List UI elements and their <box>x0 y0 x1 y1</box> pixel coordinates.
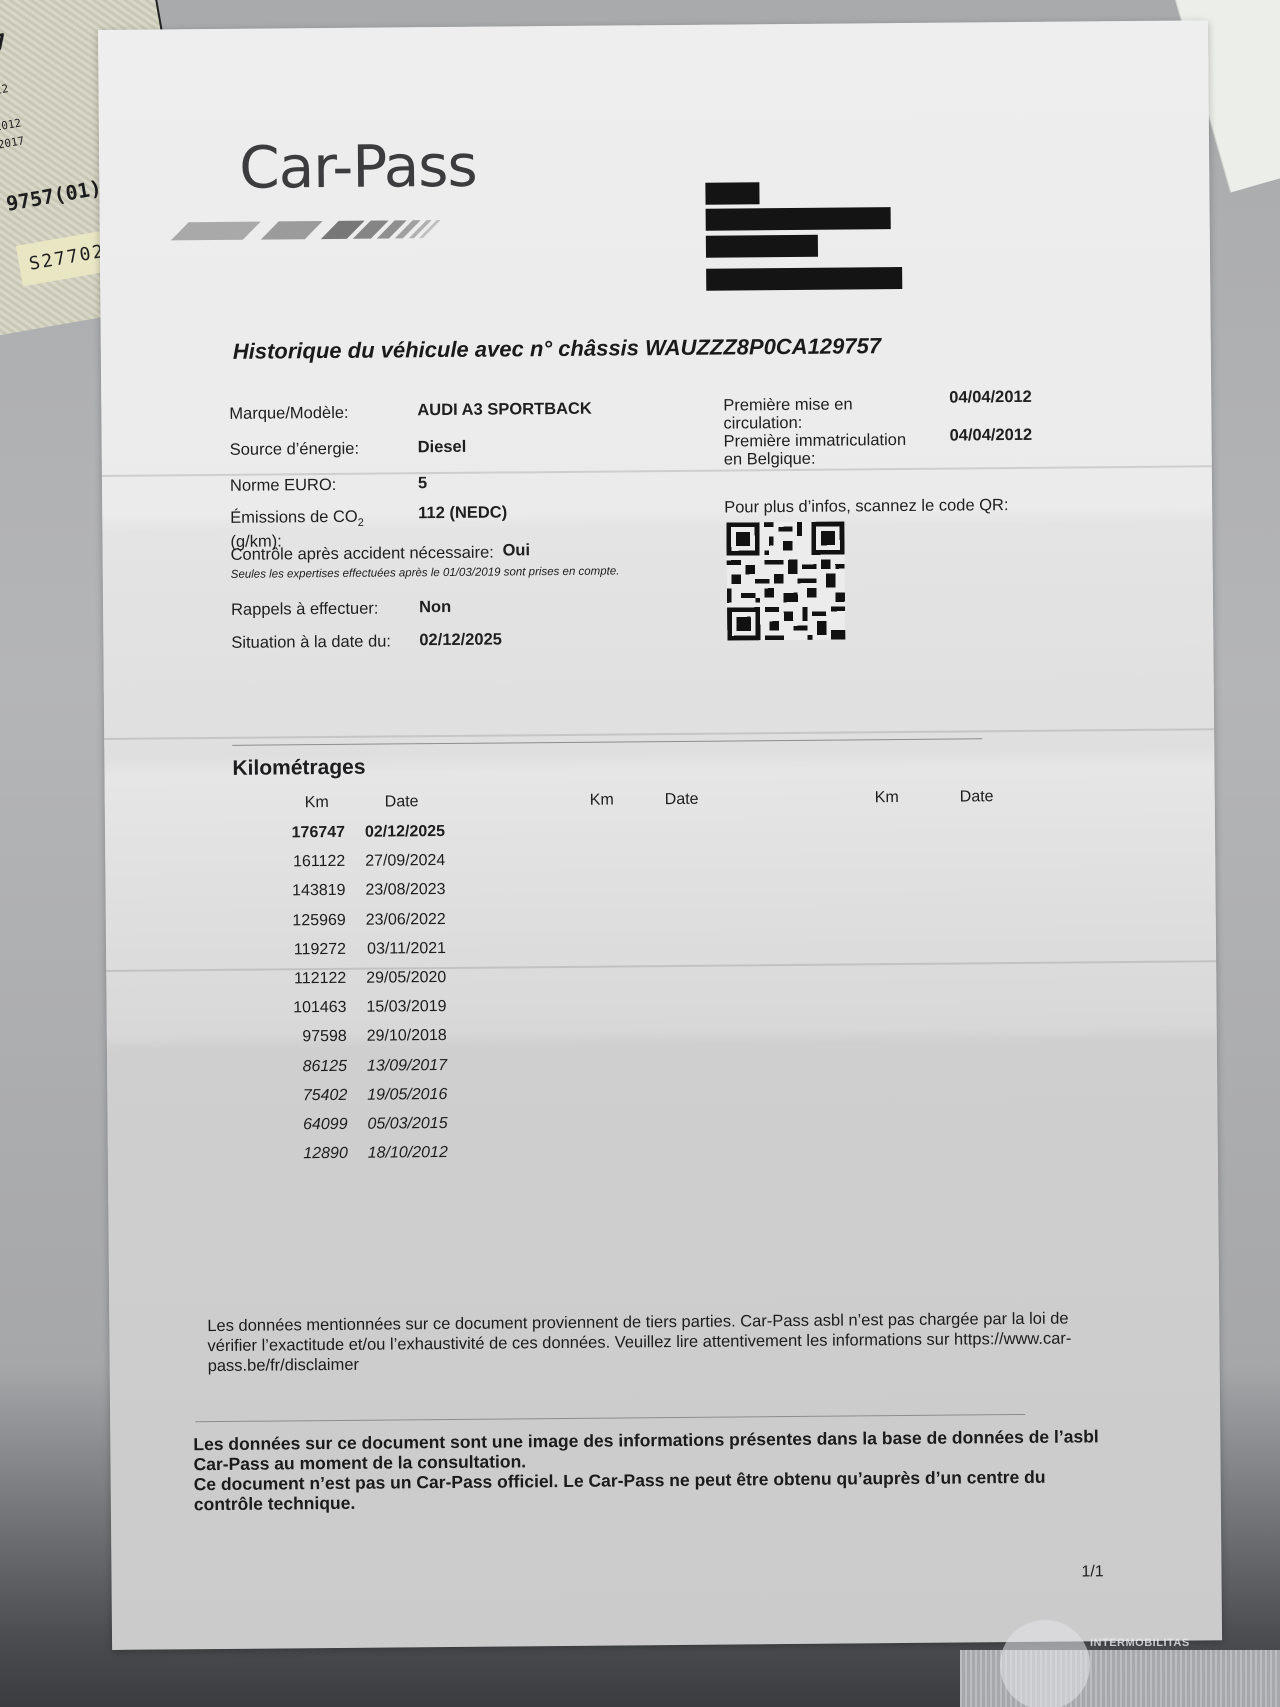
card-small-text: 012 - 2012 2017 <box>0 79 26 155</box>
car-pass-logo: Car-Pass <box>239 132 477 202</box>
mileage-row: 8612513/09/2017 <box>257 1056 447 1087</box>
redacted-address-block <box>706 207 891 231</box>
field-label: Première immatriculationen Belgique: <box>724 431 907 469</box>
column-header-date: Date <box>665 791 699 809</box>
mileage-date: 13/09/2017 <box>347 1056 447 1086</box>
mileage-km: 161122 <box>255 853 345 883</box>
footer-note: Les données sur ce document sont une ima… <box>193 1426 1114 1514</box>
mileage-date: 23/08/2023 <box>345 881 445 911</box>
column-header-km: Km <box>590 792 614 810</box>
watermark-text: INTERMOBILITAS <box>1090 1637 1190 1649</box>
accident-note: Seules les expertises effectuées après l… <box>231 565 620 580</box>
column-header-date: Date <box>385 793 419 811</box>
mileage-date: 18/10/2012 <box>348 1144 448 1174</box>
logo-stripes-icon <box>180 220 480 245</box>
redacted-address-block <box>706 235 818 258</box>
field-label: Rappels à effectuer: <box>231 600 379 619</box>
globe-watermark-icon <box>1000 1620 1090 1707</box>
redacted-address-block <box>705 182 759 204</box>
mileage-row: 7540219/05/2016 <box>257 1086 447 1117</box>
field-value: Non <box>419 598 451 617</box>
mileage-section-title: Kilométrages <box>232 756 365 781</box>
mileage-km: 176747 <box>255 824 345 854</box>
disclaimer-text: Les données mentionnées sur ce document … <box>207 1308 1087 1376</box>
field-label: Situation à la date du: <box>231 632 391 651</box>
mileage-list: 17674702/12/202516112227/09/202414381923… <box>255 823 448 1175</box>
car-pass-document: Car-Pass Historique du véhicule avec n° … <box>98 20 1222 1650</box>
paper-fold <box>102 465 1212 477</box>
mileage-km: 143819 <box>255 882 345 912</box>
mileage-date: 05/03/2015 <box>347 1115 447 1145</box>
redacted-address-block <box>706 267 902 291</box>
footer-line-2: Ce document n’est pas un Car-Pass offici… <box>194 1466 1114 1514</box>
logo-text: Car-Pass <box>239 132 477 202</box>
card-text: 47 <box>0 30 9 59</box>
field-value: 112 (NEDC) <box>418 503 507 523</box>
field-value: 5 <box>418 474 427 493</box>
field-value: AUDI A3 SPORTBACK <box>417 400 592 421</box>
mileage-date: 27/09/2024 <box>345 852 445 882</box>
mileage-date: 29/10/2018 <box>347 1027 447 1057</box>
mileage-km: 12890 <box>258 1145 348 1175</box>
mileage-km: 86125 <box>257 1057 347 1087</box>
mileage-date: 02/12/2025 <box>345 823 445 853</box>
card-vin-suffix: 9757(01) <box>4 175 103 215</box>
mileage-km: 119272 <box>256 941 346 971</box>
qr-code[interactable] <box>726 522 845 641</box>
column-header-km: Km <box>875 789 899 807</box>
column-header-km: Km <box>305 794 329 812</box>
field-value: 04/04/2012 <box>949 426 1032 446</box>
mileage-row: 11212229/05/2020 <box>256 969 446 1000</box>
mileage-km: 125969 <box>256 911 346 941</box>
mileage-date: 29/05/2020 <box>346 969 446 999</box>
field-label: Source d’énergie: <box>230 440 359 459</box>
paper-fold <box>104 728 1214 740</box>
field-value: 04/04/2012 <box>949 388 1032 408</box>
mileage-row: 16112227/09/2024 <box>255 852 445 883</box>
section-divider <box>232 738 982 746</box>
mileage-km: 64099 <box>257 1116 347 1146</box>
mileage-row: 1289018/10/2012 <box>258 1144 448 1175</box>
field-label: Contrôle après accident nécessaire: <box>231 544 494 564</box>
document-title: Historique du véhicule avec n° châssis W… <box>233 333 881 365</box>
mileage-row: 9759829/10/2018 <box>257 1027 447 1058</box>
mileage-row: 14381923/08/2023 <box>255 881 445 912</box>
footer-divider <box>195 1414 1025 1422</box>
mileage-date: 23/06/2022 <box>346 911 446 941</box>
mileage-km: 101463 <box>256 999 346 1029</box>
mileage-date: 19/05/2016 <box>347 1086 447 1116</box>
mileage-row: 11927203/11/2021 <box>256 940 446 971</box>
field-label: Norme EURO: <box>230 476 337 495</box>
mileage-date: 03/11/2021 <box>346 940 446 970</box>
mileage-row: 17674702/12/2025 <box>255 823 445 854</box>
field-value: 02/12/2025 <box>419 630 502 650</box>
mileage-row: 6409905/03/2015 <box>257 1115 447 1146</box>
mileage-date: 15/03/2019 <box>346 998 446 1028</box>
field-value: Diesel <box>418 438 467 457</box>
column-header-date: Date <box>960 788 994 806</box>
mileage-km: 75402 <box>257 1087 347 1117</box>
field-label: Première mise encirculation: <box>723 395 853 432</box>
page-number: 1/1 <box>1081 1563 1103 1581</box>
mileage-km: 97598 <box>257 1028 347 1058</box>
field-value: Oui <box>502 541 530 560</box>
field-label: Marque/Modèle: <box>229 404 348 423</box>
mileage-row: 10146315/03/2019 <box>256 998 446 1029</box>
mileage-km: 112122 <box>256 970 346 1000</box>
mileage-row: 12596923/06/2022 <box>256 911 446 942</box>
